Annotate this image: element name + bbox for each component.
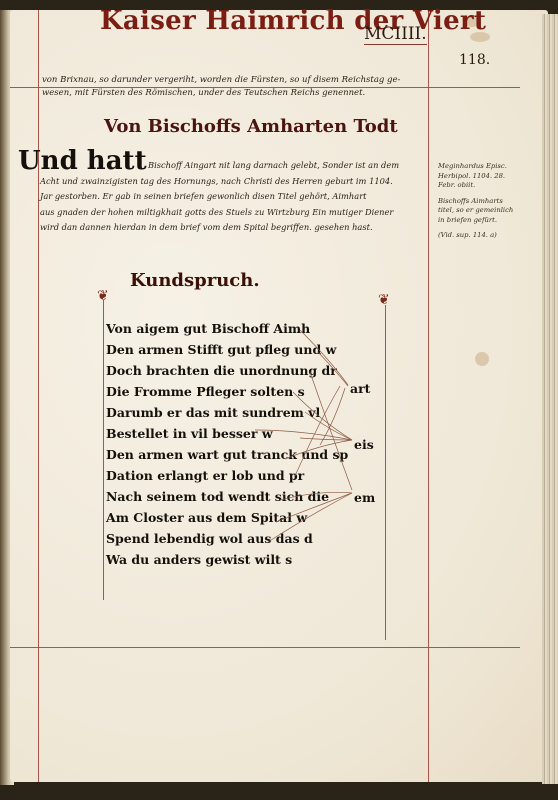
rhyme-connector-lines xyxy=(0,0,558,800)
